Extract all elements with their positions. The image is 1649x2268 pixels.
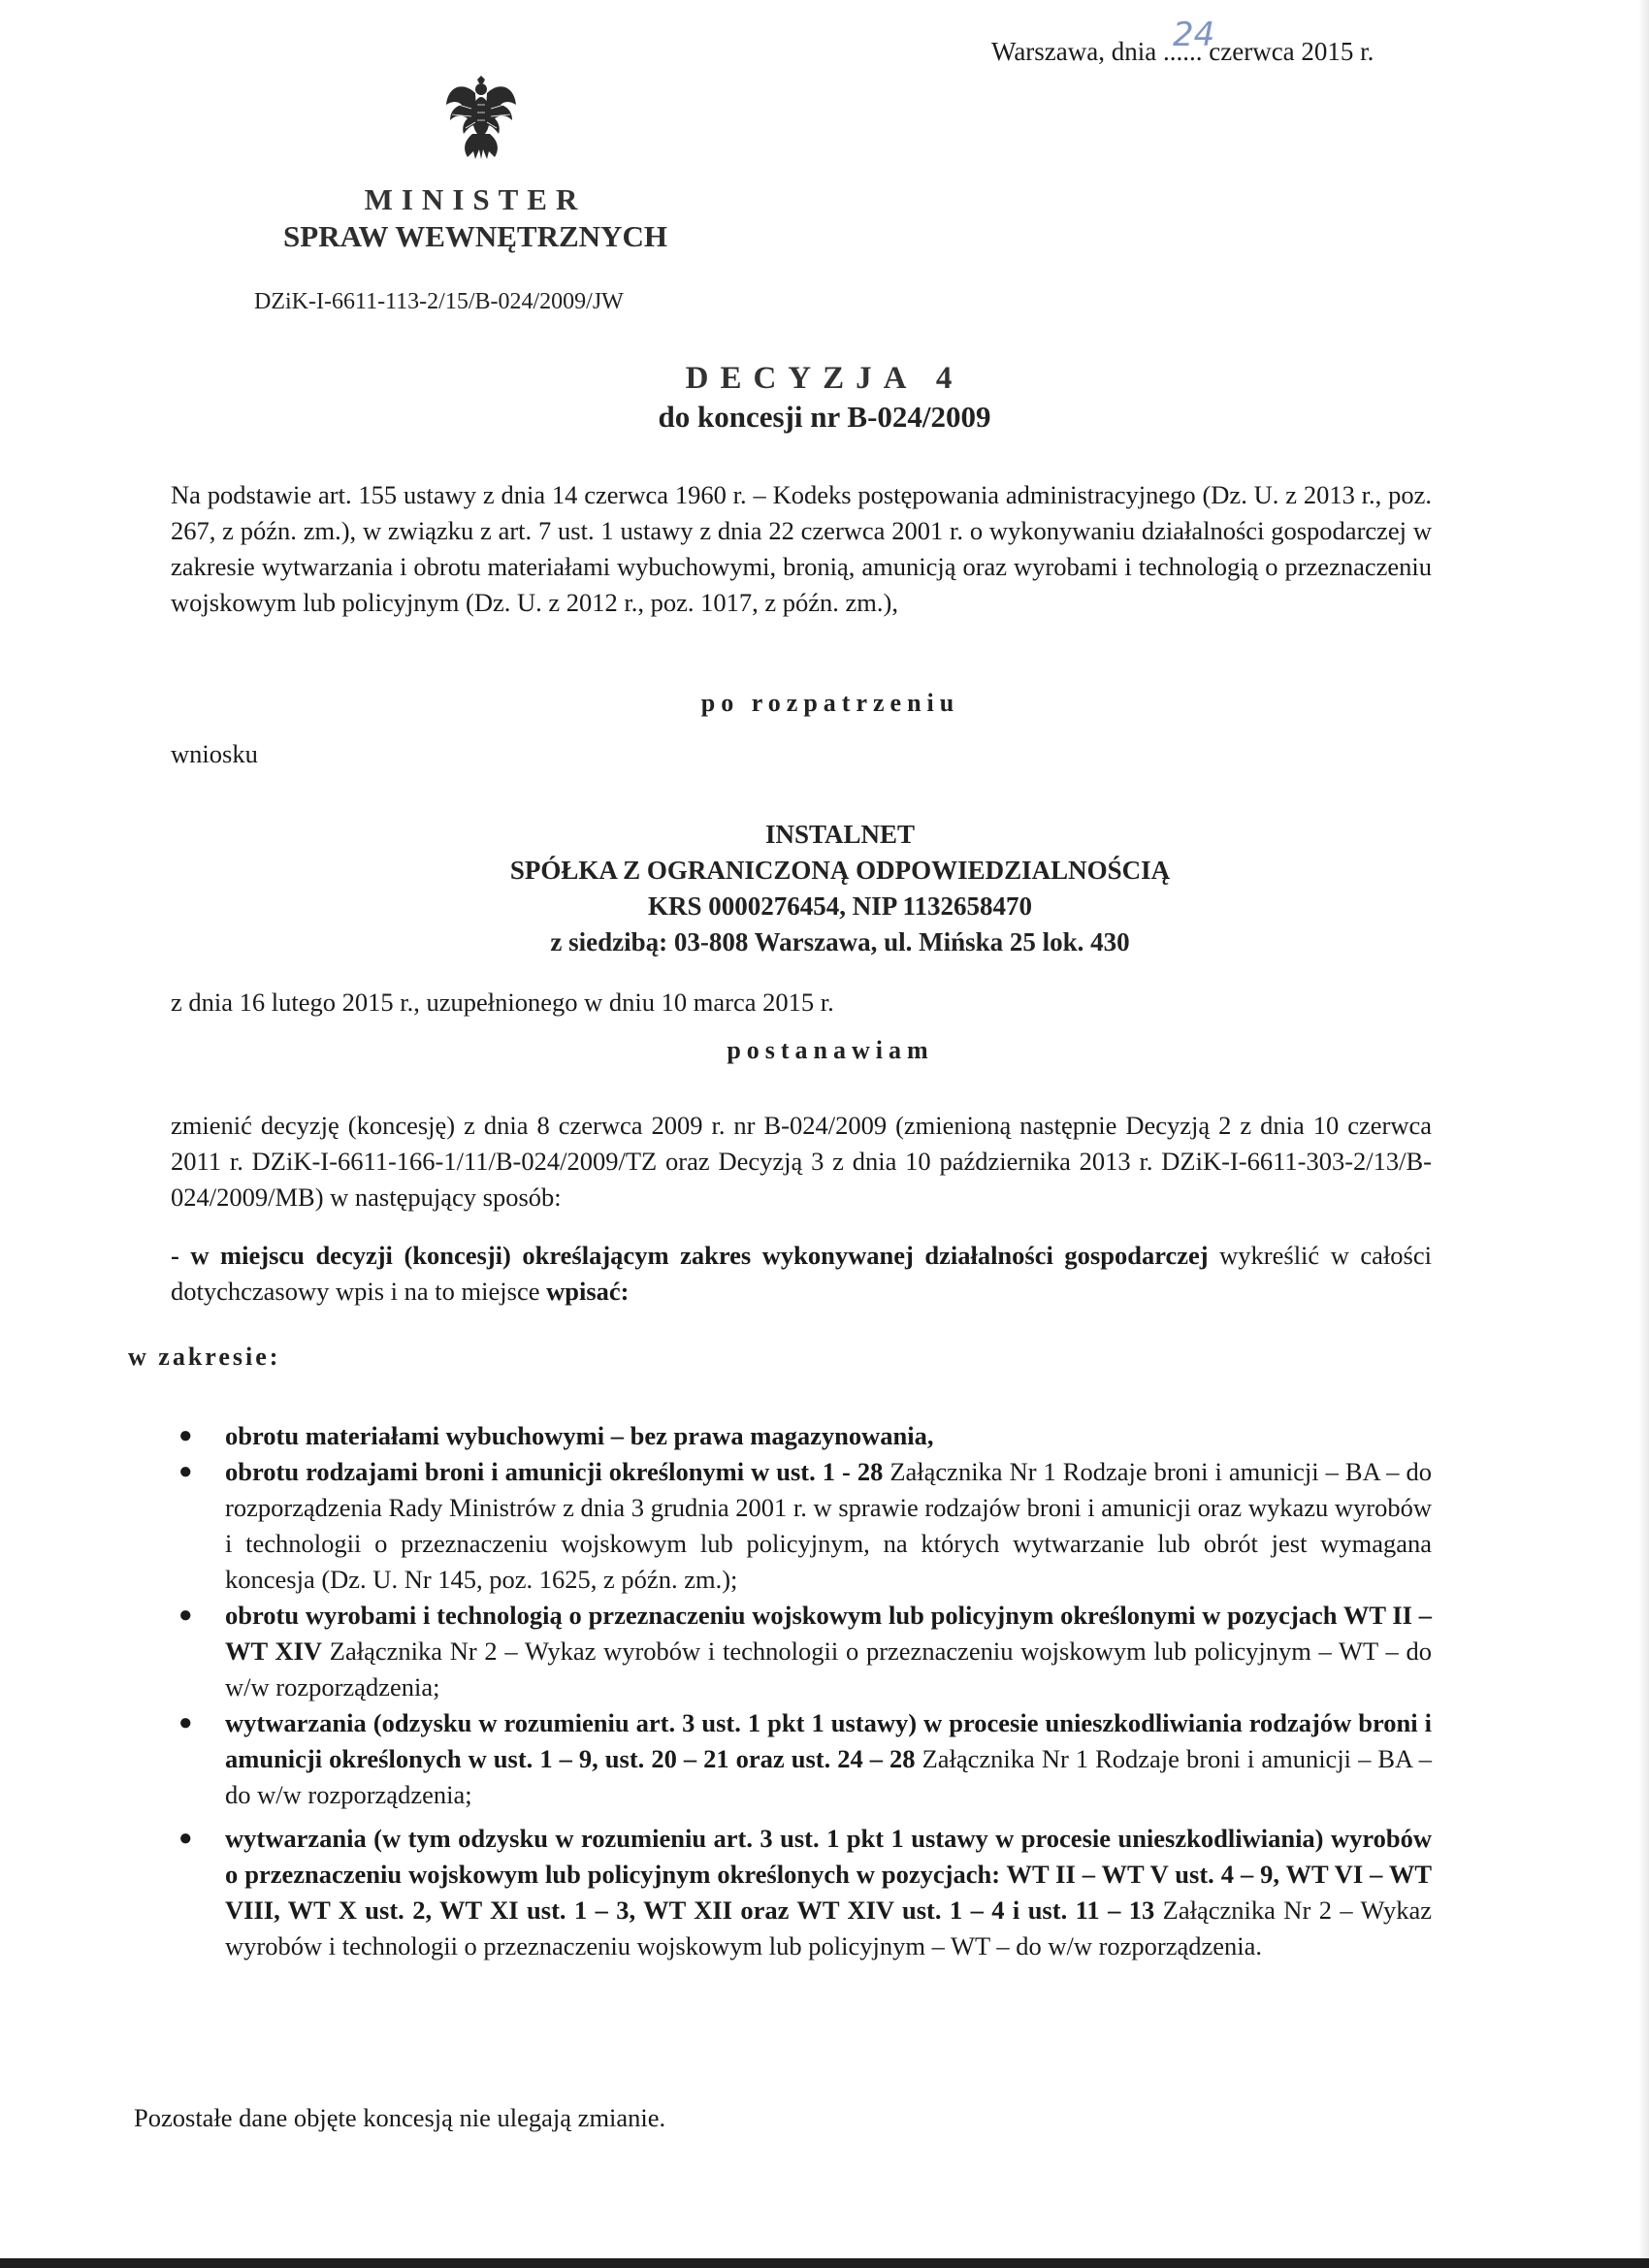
- company-name: INSTALNET: [326, 817, 1354, 853]
- company-address: z siedzibą: 03-808 Warszawa, ul. Mińska …: [326, 924, 1354, 960]
- postanawiam-heading: postanawiam: [462, 1036, 1199, 1065]
- date-day-field: ......24: [1163, 37, 1203, 66]
- bullet-icon: ●: [178, 1821, 193, 1857]
- wniosku-label: wniosku: [171, 739, 258, 769]
- bullet-icon: ●: [178, 1598, 193, 1634]
- company-ids: KRS 0000276454, NIP 1132658470: [326, 889, 1354, 924]
- change-paragraph: zmienić decyzję (koncesję) z dnia 8 czer…: [171, 1108, 1432, 1215]
- legal-basis-paragraph: Na podstawie art. 155 ustawy z dnia 14 c…: [171, 477, 1432, 621]
- bullet-icon: ●: [178, 1454, 193, 1490]
- scope-item: ● obrotu materiałami wybuchowymi – bez p…: [171, 1418, 1432, 1454]
- scope-item: ● wytwarzania (odzysku w rozumieniu art.…: [171, 1705, 1432, 1813]
- polish-eagle-icon: [442, 76, 520, 165]
- scan-bottom-border: [0, 2258, 1649, 2268]
- company-legal-form: SPÓŁKA Z OGRANICZONĄ ODPOWIEDZIALNOŚCIĄ: [326, 853, 1354, 889]
- authority-title: MINISTER: [233, 182, 718, 217]
- reference-number: DZiK-I-6611-113-2/15/B-024/2009/JW: [254, 289, 624, 315]
- bullet-icon: ●: [178, 1705, 193, 1741]
- replace-paragraph: - w miejscu decyzji (koncesji) określają…: [171, 1238, 1432, 1310]
- scope-item: ● obrotu wyrobami i technologią o przezn…: [171, 1598, 1432, 1705]
- replace-bold-text: - w miejscu decyzji (koncesji) określają…: [171, 1241, 1209, 1270]
- date-suffix: czerwca 2015 r.: [1209, 37, 1374, 66]
- document-title: DECYZJA 4: [524, 361, 1125, 397]
- company-block: INSTALNET SPÓŁKA Z OGRANICZONĄ ODPOWIEDZ…: [326, 817, 1354, 960]
- scan-edge: [1639, 0, 1649, 2260]
- document-date: Warszawa, dnia ......24 czerwca 2015 r.: [991, 37, 1374, 67]
- po-rozpatrzeniu-heading: po rozpatrzeniu: [462, 689, 1199, 718]
- document-subtitle: do koncesji nr B-024/2009: [524, 400, 1125, 435]
- scope-item: ● wytwarzania (w tym odzysku w rozumieni…: [171, 1821, 1432, 1964]
- bullet-icon: ●: [178, 1418, 193, 1454]
- handwritten-day: 24: [1173, 16, 1214, 54]
- scope-item: ● obrotu rodzajami broni i amunicji okre…: [171, 1454, 1432, 1598]
- scope-list: ● obrotu materiałami wybuchowymi – bez p…: [171, 1418, 1432, 1964]
- authority-name: SPRAW WEWNĘTRZNYCH: [233, 219, 718, 254]
- application-date: z dnia 16 lutego 2015 r., uzupełnionego …: [171, 988, 834, 1018]
- replace-bold-end: wpisać:: [546, 1277, 629, 1306]
- remaining-note: Pozostałe dane objęte koncesją nie ulega…: [134, 2103, 665, 2133]
- scope-heading: w zakresie:: [128, 1343, 280, 1372]
- date-prefix: Warszawa, dnia: [991, 37, 1156, 66]
